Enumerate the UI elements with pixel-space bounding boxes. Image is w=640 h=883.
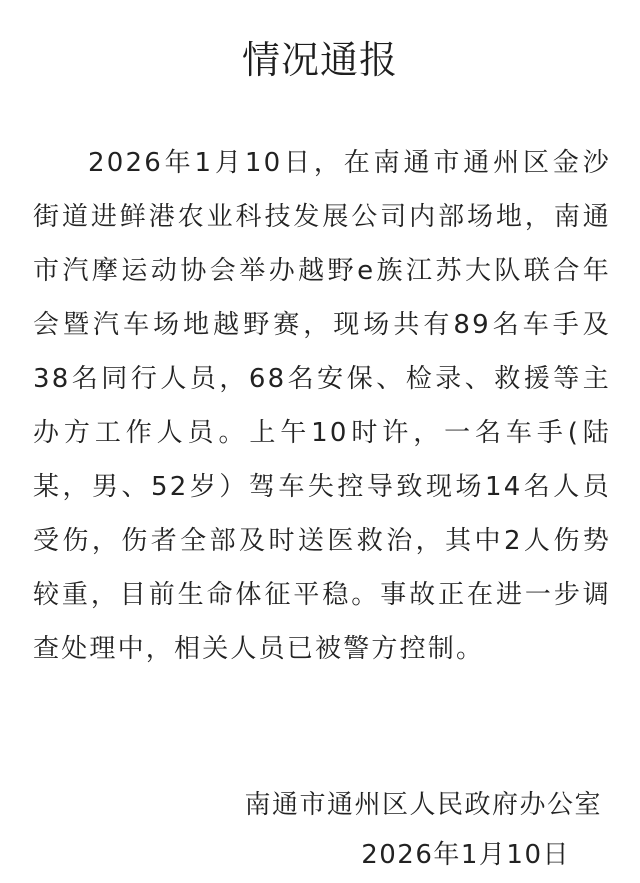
issue-date: 2026年1月10日 (244, 830, 602, 880)
issuing-organization: 南通市通州区人民政府办公室 (244, 780, 602, 830)
document-title: 情况通报 (0, 36, 640, 84)
document-body: 2026年1月10日，在南通市通州区金沙街道进鲜港农业科技发展公司内部场地，南通… (33, 136, 611, 676)
signature-block: 南通市通州区人民政府办公室 2026年1月10日 (244, 780, 602, 880)
